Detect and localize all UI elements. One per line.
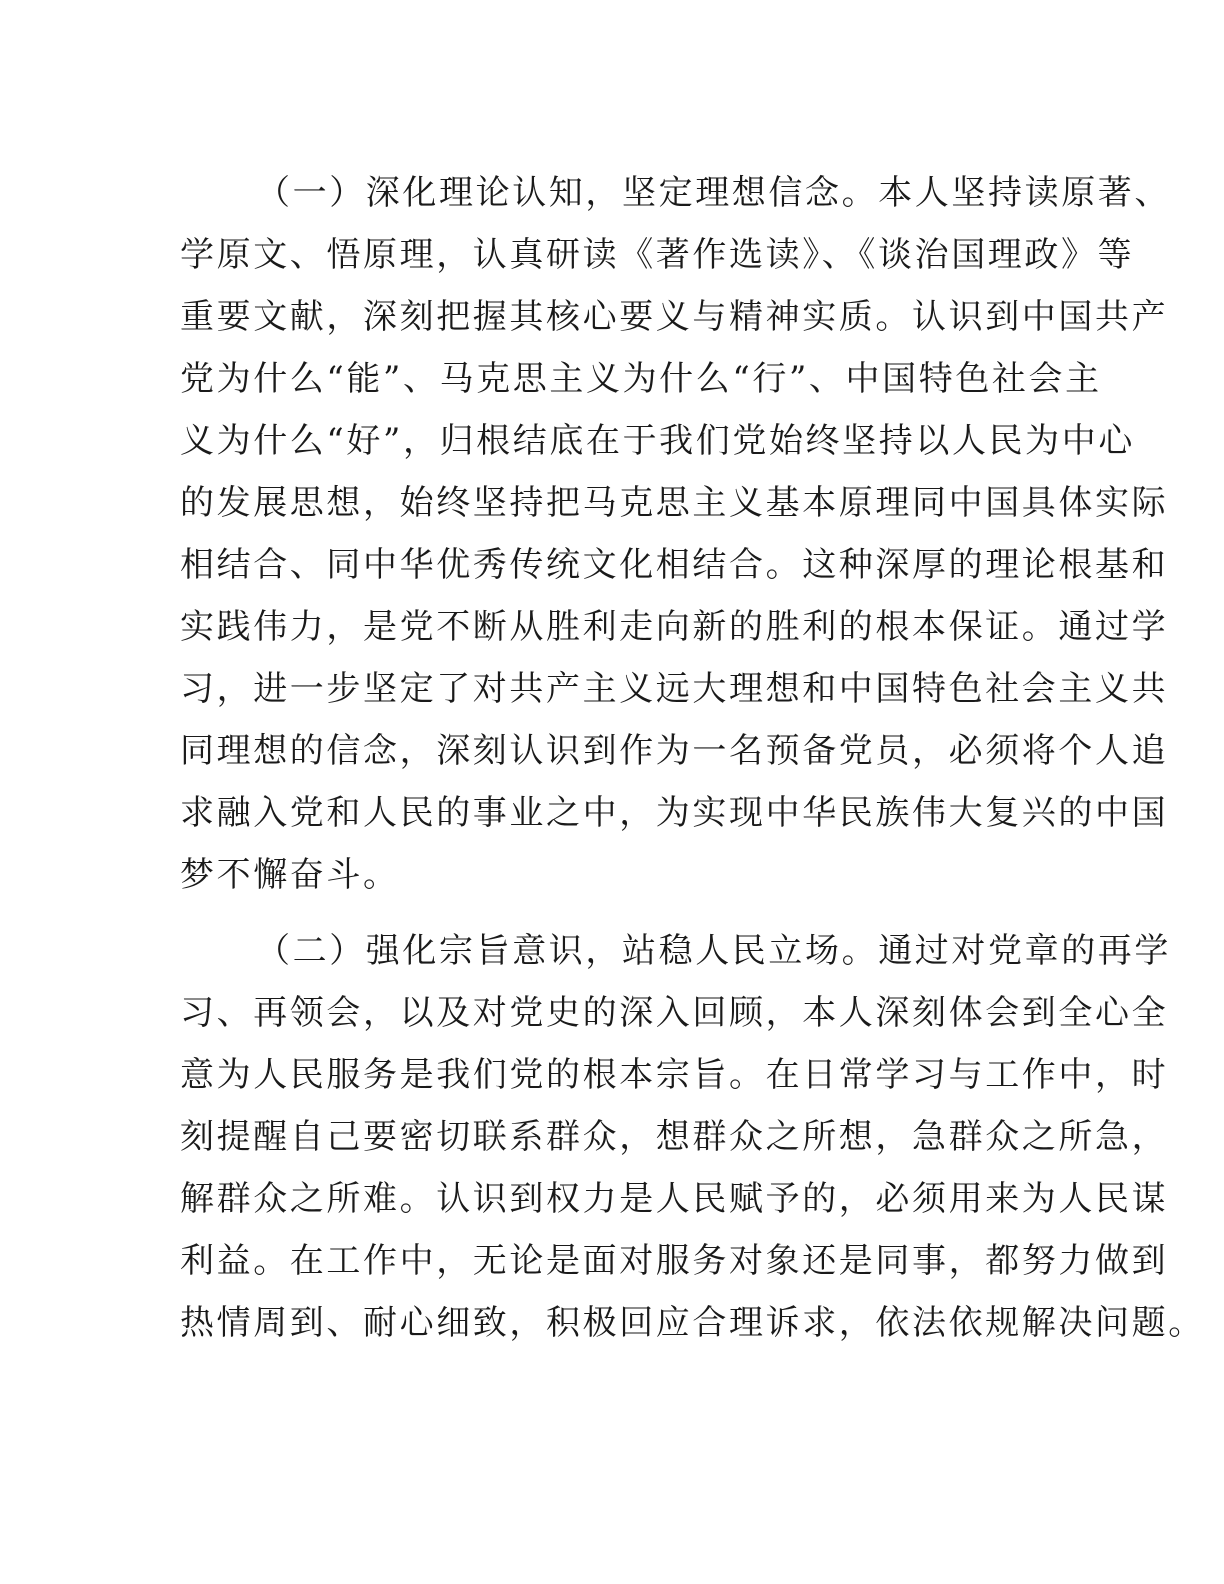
paragraph-line: 义为什么“好”，归根结底在于我们党始终坚持以人民为中心 — [180, 410, 1032, 472]
paragraph-line: 意为人民服务是我们党的根本宗旨。在日常学习与工作中，时 — [180, 1044, 1032, 1106]
paragraph-line: 习、再领会，以及对党史的深入回顾，本人深刻体会到全心全 — [180, 982, 1032, 1044]
paragraph-line: 同理想的信念，深刻认识到作为一名预备党员，必须将个人追 — [180, 720, 1032, 782]
paragraph-line: 利益。在工作中，无论是面对服务对象还是同事，都努力做到 — [180, 1230, 1032, 1292]
paragraph-line: 党为什么“能”、马克思主义为什么“行”、中国特色社会主 — [180, 348, 1032, 410]
paragraph-1: （一）深化理论认知，坚定理想信念。本人坚持读原著、 学原文、悟原理，认真研读《著… — [180, 162, 1032, 906]
paragraph-line: 梦不懈奋斗。 — [180, 844, 1032, 906]
paragraph-line: 热情周到、耐心细致，积极回应合理诉求，依法依规解决问题。 — [180, 1292, 1032, 1354]
paragraph-line: 实践伟力，是党不断从胜利走向新的胜利的根本保证。通过学 — [180, 596, 1032, 658]
document-page: （一）深化理论认知，坚定理想信念。本人坚持读原著、 学原文、悟原理，认真研读《著… — [180, 162, 1032, 1368]
paragraph-line: 相结合、同中华优秀传统文化相结合。这种深厚的理论根基和 — [180, 534, 1032, 596]
paragraph-line: 的发展思想，始终坚持把马克思主义基本原理同中国具体实际 — [180, 472, 1032, 534]
paragraph-line: （一）深化理论认知，坚定理想信念。本人坚持读原著、 — [180, 162, 1032, 224]
paragraph-line: （二）强化宗旨意识，站稳人民立场。通过对党章的再学 — [180, 920, 1032, 982]
paragraph-line: 解群众之所难。认识到权力是人民赋予的，必须用来为人民谋 — [180, 1168, 1032, 1230]
paragraph-line: 求融入党和人民的事业之中，为实现中华民族伟大复兴的中国 — [180, 782, 1032, 844]
paragraph-line: 学原文、悟原理，认真研读《著作选读》、《谈治国理政》等 — [180, 224, 1032, 286]
paragraph-line: 重要文献，深刻把握其核心要义与精神实质。认识到中国共产 — [180, 286, 1032, 348]
paragraph-line: 刻提醒自己要密切联系群众，想群众之所想，急群众之所急， — [180, 1106, 1032, 1168]
paragraph-2: （二）强化宗旨意识，站稳人民立场。通过对党章的再学 习、再领会，以及对党史的深入… — [180, 920, 1032, 1354]
paragraph-line: 习，进一步坚定了对共产主义远大理想和中国特色社会主义共 — [180, 658, 1032, 720]
